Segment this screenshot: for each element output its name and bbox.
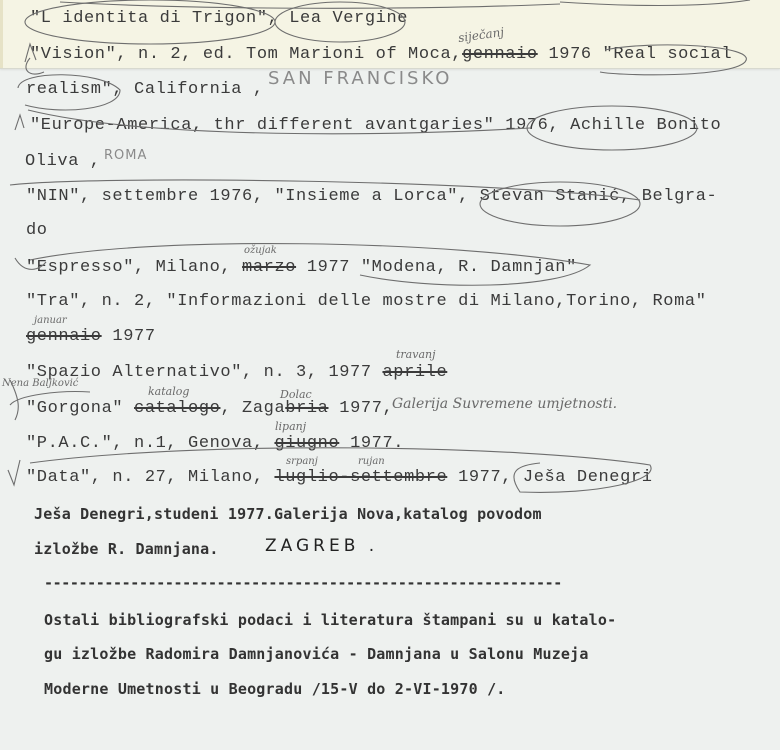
entry-text: "Vision", n. 2, ed. Tom Marioni of Moca, [30, 45, 462, 64]
handwritten-correction: ožujak [244, 245, 277, 256]
handwritten-correction: januar [34, 315, 67, 326]
entry-text: "Tra", n. 2, "Informazioni delle mostre … [26, 292, 707, 311]
entry-text: "Spazio Alternativo", n. 3, 1977 [26, 363, 382, 382]
struck-word: giugno [274, 434, 339, 453]
entry-text: 1977, [328, 399, 393, 418]
sheet-edge [0, 0, 3, 68]
handwritten-correction: Dolac [280, 388, 312, 401]
entry-vision-cont: realism", California , [26, 80, 264, 99]
closing-note-line-1: Ostali bibliografski podaci i literatura… [44, 611, 616, 629]
entry-spazio: "Spazio Alternativo", n. 3, 1977 aprile [26, 363, 447, 382]
entry-text: "P.A.C.", n.1, Genova, [26, 434, 274, 453]
handwritten-correction: rujan [358, 456, 385, 467]
closing-note-line-2: gu izložbe Radomira Damnjanovića - Damnj… [44, 645, 589, 663]
struck-word: luglio-settembre [274, 468, 447, 487]
entry-espresso: "Espresso", Milano, marzo 1977 "Modena, … [26, 258, 577, 277]
entry-text: "NIN", settembre 1976, "Insieme a Lorca"… [26, 187, 717, 206]
dashed-separator: ----------------------------------------… [44, 574, 562, 592]
handwritten-correction: katalog [148, 385, 189, 398]
entry-europe-america-cont: Oliva , [25, 152, 101, 171]
entry-text: "Espresso", Milano, [26, 258, 242, 277]
struck-word: catalogo [134, 399, 220, 418]
entry-text: 1977, Ješa Denegri [447, 468, 652, 487]
handwritten-city: ZAGREB . [265, 536, 378, 556]
entry-text: 1977. [339, 434, 404, 453]
entry-text: do [26, 221, 48, 240]
entry-text: "Gorgona" [26, 399, 134, 418]
handwritten-correction: travanj [396, 348, 436, 361]
entry-text: "Data", n. 27, Milano, [26, 468, 274, 487]
entry-nin: "NIN", settembre 1976, "Insieme a Lorca"… [26, 187, 717, 206]
entry-text: 1977 [102, 327, 156, 346]
entry-text: 1976 "Real social [538, 45, 732, 64]
entry-data: "Data", n. 27, Milano, luglio-settembre … [26, 468, 653, 487]
entry-text: , Zaga [220, 399, 285, 418]
handwritten-gallery-note: Galerija Suvremene umjetnosti. [392, 396, 617, 412]
entry-vision: "Vision", n. 2, ed. Tom Marioni of Moca,… [30, 45, 732, 64]
entry-nin-cont: do [26, 221, 48, 240]
entry-text: "L identita di Trigon", Lea Vergine [30, 9, 408, 28]
entry-denegri: Ješa Denegri,studeni 1977.Galerija Nova,… [34, 505, 542, 523]
entry-text: realism", California , [26, 80, 264, 99]
entry-trigon: "L identita di Trigon", Lea Vergine [30, 9, 408, 28]
struck-word: gennaio [26, 327, 102, 346]
closing-note-line-3: Moderne Umetnosti u Beogradu /15-V do 2-… [44, 680, 506, 698]
entry-text: 1977 "Modena, R. Damnjan" [296, 258, 577, 277]
entry-tra: "Tra", n. 2, "Informazioni delle mostre … [26, 292, 707, 311]
handwritten-correction: lipanj [275, 420, 306, 433]
struck-word: gennaio [462, 45, 538, 64]
entry-europe-america: "Europe-America, thr different avantgari… [30, 116, 721, 135]
handwritten-city: ROMA [104, 148, 147, 163]
entry-pac: "P.A.C.", n.1, Genova, giugno 1977. [26, 434, 404, 453]
handwritten-city: SAN FRANCISKO [268, 68, 452, 89]
struck-word: marzo [242, 258, 296, 277]
handwritten-margin-note: Nena Baljković [2, 378, 78, 389]
entry-gorgona: "Gorgona" catalogo, Zagabria 1977, [26, 399, 393, 418]
entry-tra-cont: gennaio 1977 [26, 327, 156, 346]
entry-text: "Europe-America, thr different avantgari… [30, 116, 721, 135]
handwritten-correction: srpanj [286, 456, 318, 467]
struck-word: aprile [382, 363, 447, 382]
struck-word: bria [285, 399, 328, 418]
entry-text: Oliva , [25, 152, 101, 171]
entry-denegri-cont: izložbe R. Damnjana. [34, 540, 219, 558]
